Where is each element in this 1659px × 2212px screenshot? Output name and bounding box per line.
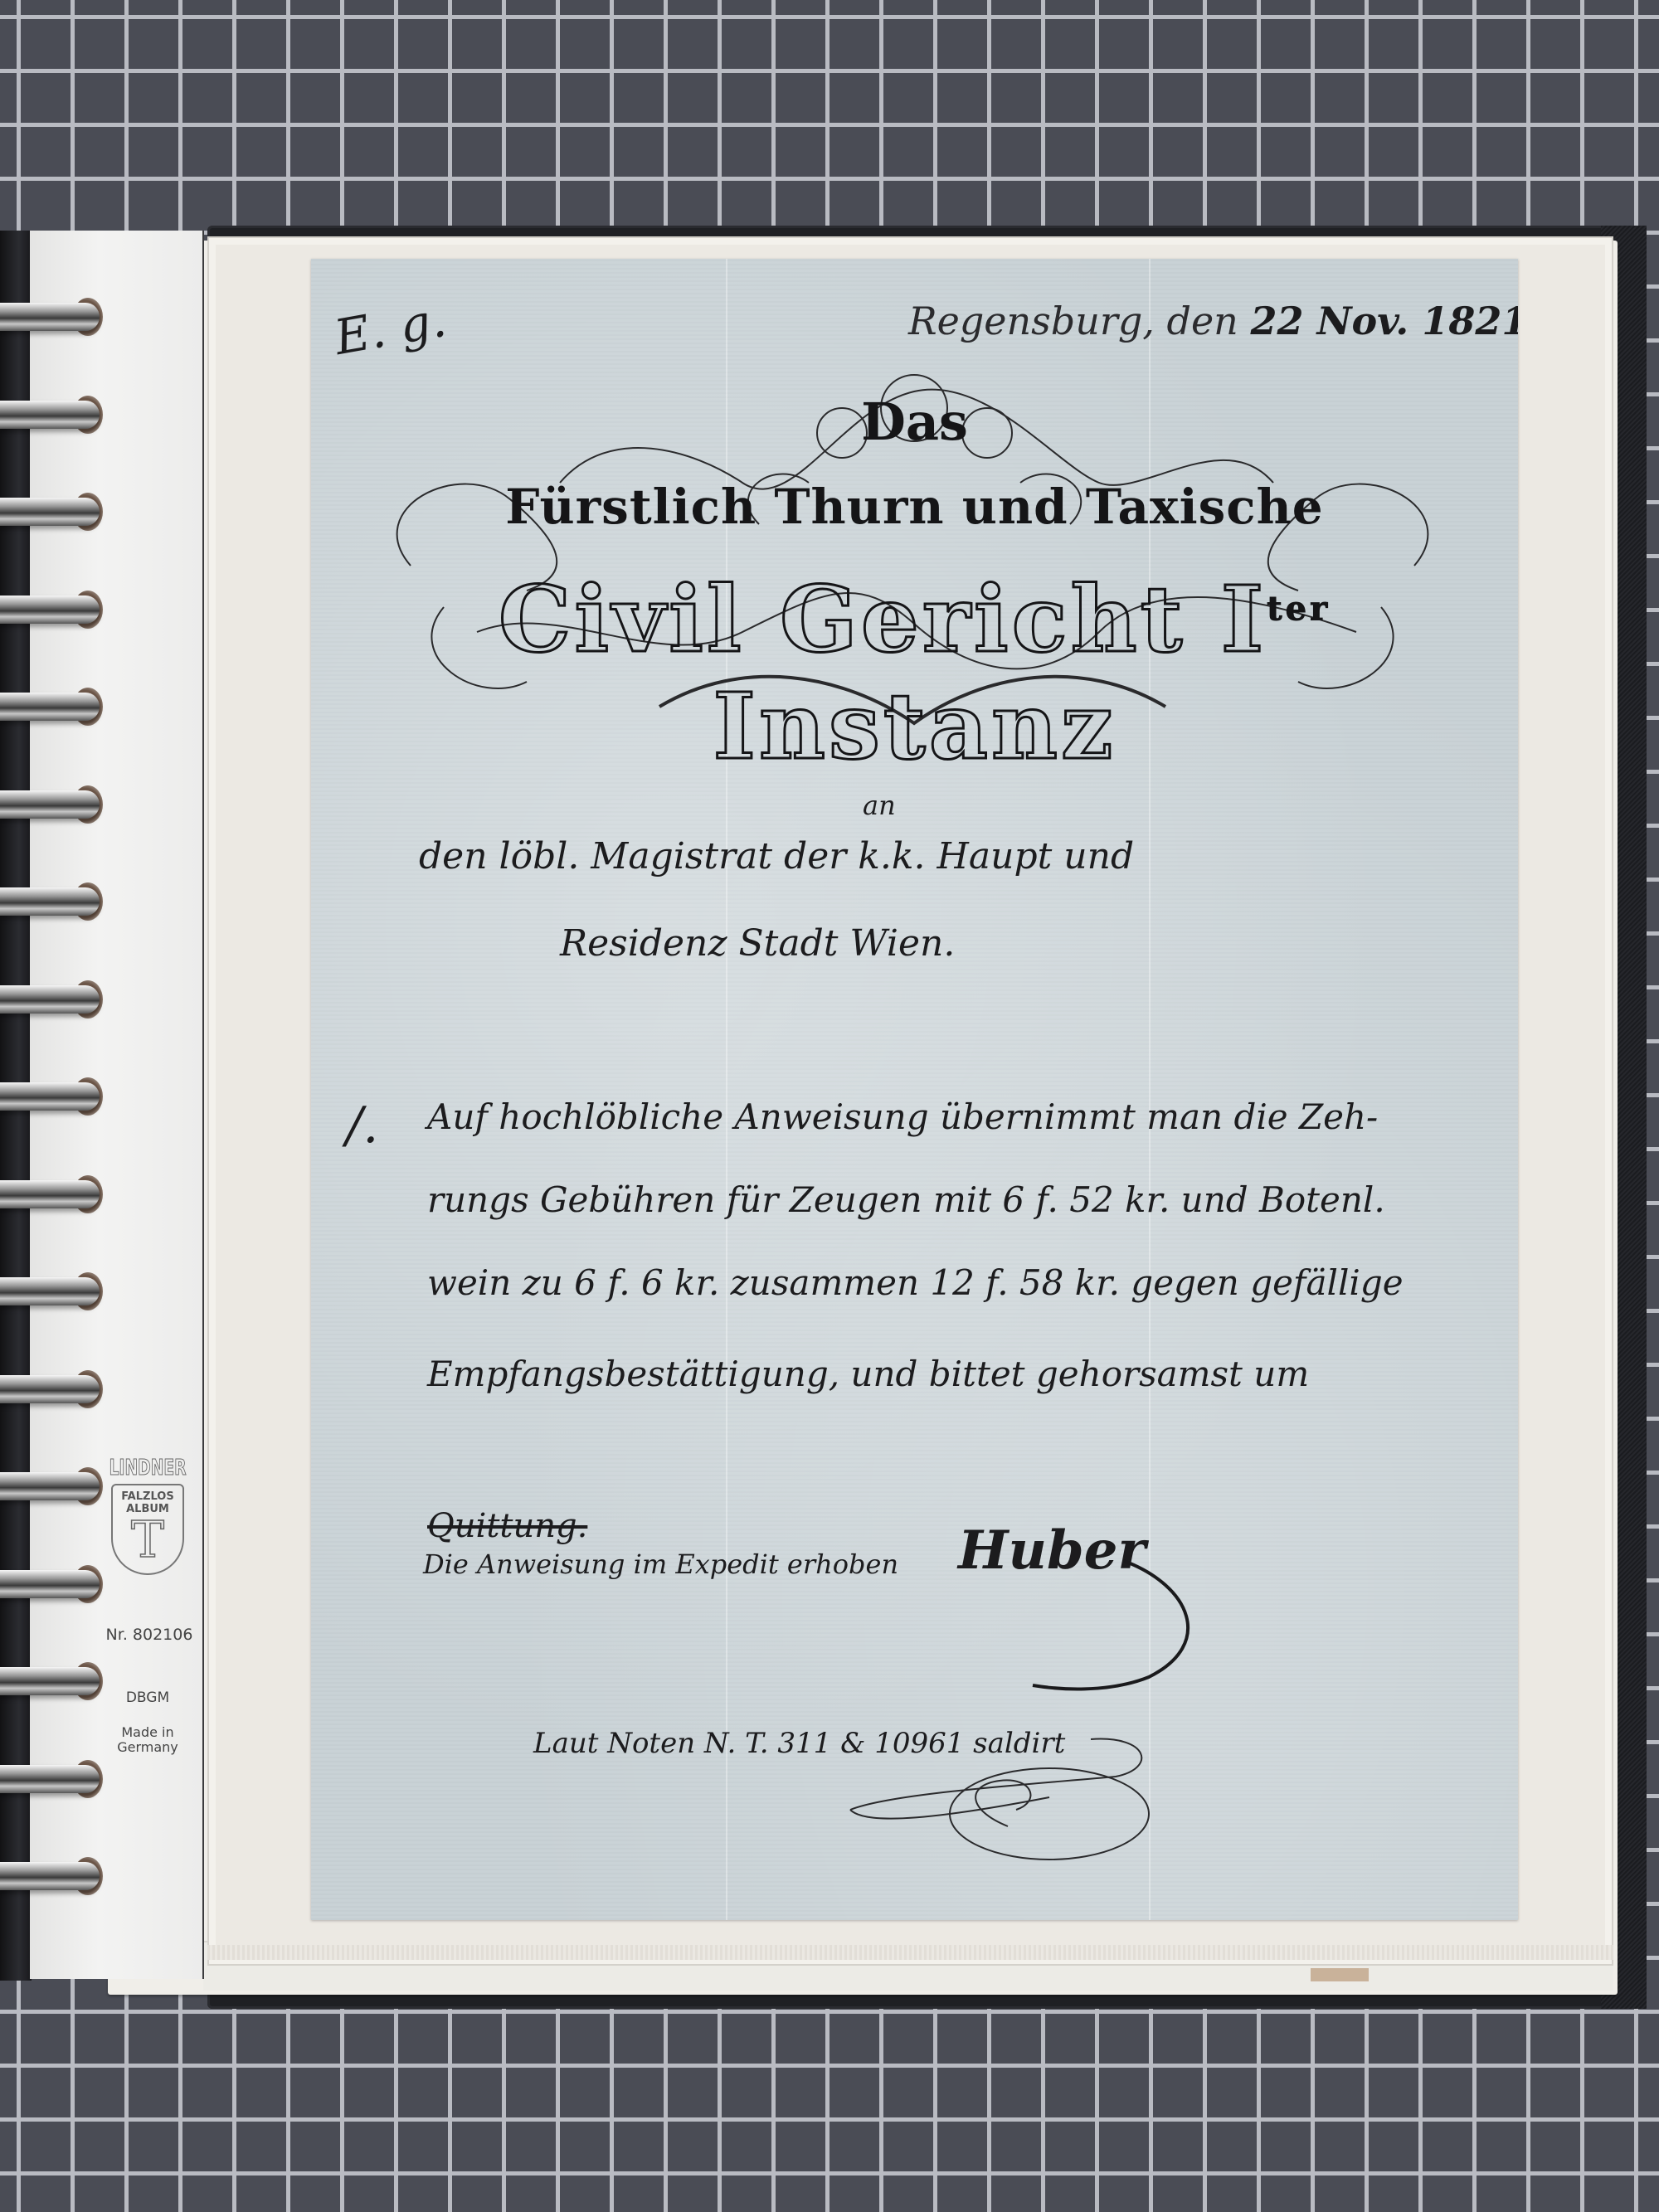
heading-ordinal: ter bbox=[1267, 589, 1331, 628]
heading-line-2: Fürstlich Thurn und Taxische bbox=[311, 479, 1518, 535]
binder-ring-icon bbox=[0, 303, 100, 331]
corner-mark: E. g. bbox=[330, 291, 450, 366]
binder-ring-icon bbox=[0, 401, 100, 429]
addressee-line-2: Residenz Stadt Wien. bbox=[560, 922, 955, 965]
body-line: rungs Gebühren für Zeugen mit 6 f. 52 kr… bbox=[427, 1179, 1385, 1220]
dateline-date: 22 Nov. 1821. bbox=[1250, 299, 1518, 343]
binder-ring-icon bbox=[0, 1082, 100, 1111]
to-word: an bbox=[863, 790, 896, 821]
heading-line-1: Das bbox=[311, 391, 1518, 452]
body-line: Auf hochlöbliche Anweisung übernimmt man… bbox=[427, 1096, 1378, 1137]
binder-ring-icon bbox=[0, 1180, 100, 1208]
binder-ring-icon bbox=[0, 1667, 100, 1695]
heading-instance: Instanz bbox=[713, 673, 1117, 780]
addressee-line-1: den löbl. Magistrat der k.k. Haupt und bbox=[419, 835, 1134, 878]
binder-ring-icon bbox=[0, 1765, 100, 1793]
binder-ring-icon bbox=[0, 693, 100, 721]
binder-ring-icon bbox=[0, 887, 100, 916]
settlement-flourish-icon bbox=[842, 1719, 1157, 1868]
item-number: Nr. 802106 bbox=[91, 1626, 207, 1644]
falzlos-shield-icon: FALZLOS ALBUM T bbox=[111, 1484, 184, 1575]
expedit-note: Die Anweisung im Expedit erhoben bbox=[423, 1548, 898, 1580]
brand-name: LINDNER bbox=[109, 1456, 187, 1480]
heading-line-3: Civil Gericht Iter Instanz bbox=[311, 566, 1518, 780]
binder-ring-icon bbox=[0, 1375, 100, 1403]
body-line-last: Quittung. bbox=[427, 1507, 587, 1545]
body-line: Empfangsbestättigung, und bittet gehorsa… bbox=[427, 1354, 1309, 1394]
dateline-place: Regensburg, den bbox=[908, 299, 1238, 343]
mount-bottom-strip bbox=[207, 1945, 1613, 1960]
signature-flourish-icon bbox=[1024, 1553, 1224, 1694]
lindner-brand-block: LINDNER FALZLOS ALBUM T Nr. 802106 DBGM … bbox=[98, 1456, 197, 1575]
shield-letter: T bbox=[113, 1515, 182, 1565]
binder-ring-icon bbox=[0, 1472, 100, 1500]
heading-court: Civil Gericht I bbox=[499, 566, 1267, 673]
tan-strip bbox=[1311, 1968, 1369, 1981]
binder-ring-icon bbox=[0, 596, 100, 624]
binder-ring-icon bbox=[0, 790, 100, 819]
binder-ring-icon bbox=[0, 1277, 100, 1305]
patent-mark: DBGM bbox=[98, 1689, 197, 1706]
body-line: wein zu 6 f. 6 kr. zusammen 12 f. 58 kr.… bbox=[427, 1262, 1404, 1303]
binder-ring-icon bbox=[0, 498, 100, 526]
origin-label: Made in Germany bbox=[98, 1725, 197, 1755]
historical-letter: E. g. Regensburg, den 22 Nov. 1821. Das … bbox=[311, 259, 1518, 1920]
binder-ring-icon bbox=[0, 1862, 100, 1890]
binder-ring-icon bbox=[0, 1570, 100, 1598]
margin-mark: /. bbox=[346, 1096, 378, 1155]
binder-ring-icon bbox=[0, 985, 100, 1014]
dateline: Regensburg, den 22 Nov. 1821. bbox=[908, 299, 1518, 343]
